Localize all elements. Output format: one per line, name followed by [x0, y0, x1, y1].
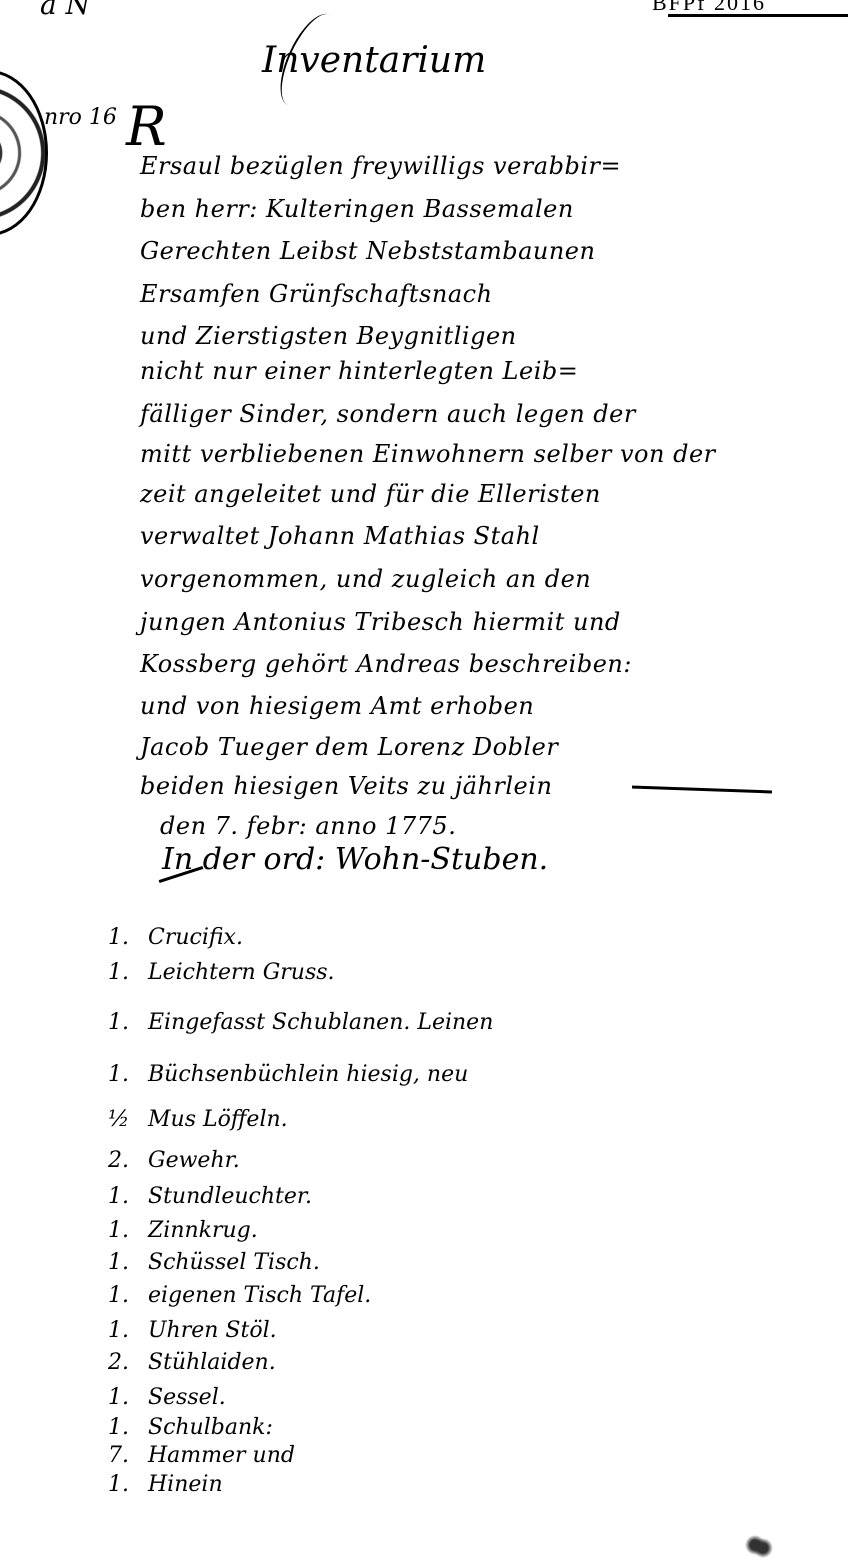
margin-number: nro 16 — [44, 105, 117, 130]
item-name: Crucifix. — [148, 925, 243, 950]
item-quantity: ½ — [108, 1107, 148, 1132]
body-line: und von hiesigem Amt erhoben — [140, 692, 534, 720]
item-quantity: 1. — [108, 1184, 148, 1209]
body-line: vorgenommen, und zugleich an den — [140, 565, 591, 593]
seal-stamp-icon — [0, 70, 48, 236]
list-item: 1.Schulbank: — [108, 1415, 273, 1440]
body-line: mitt verbliebenen Einwohnern selber von … — [140, 440, 716, 468]
item-name: Sessel. — [148, 1385, 226, 1410]
item-name: Hinein — [148, 1472, 223, 1497]
reference-underline — [668, 14, 848, 17]
item-quantity: 1. — [108, 960, 148, 985]
list-item: 1.eigenen Tisch Tafel. — [108, 1283, 371, 1308]
list-item: 1.Uhren Stöl. — [108, 1318, 277, 1343]
body-line: zeit angeleitet und für die Elleristen — [140, 480, 601, 508]
list-item: 1.Sessel. — [108, 1385, 226, 1410]
item-quantity: 7. — [108, 1443, 148, 1468]
item-name: Uhren Stöl. — [148, 1318, 277, 1343]
item-quantity: 1. — [108, 1250, 148, 1275]
item-name: Hammer und — [148, 1443, 295, 1468]
date-underline — [632, 786, 772, 794]
body-line: ben herr: Kulteringen Bassemalen — [140, 195, 574, 223]
body-line: Jacob Tueger dem Lorenz Dobler — [140, 733, 558, 761]
list-item: 2.Gewehr. — [108, 1148, 240, 1173]
document-title: Inventarium — [262, 40, 486, 81]
item-quantity: 2. — [108, 1148, 148, 1173]
item-quantity: 1. — [108, 1318, 148, 1343]
item-name: Leichtern Gruss. — [148, 960, 335, 985]
list-item: 1.Stundleuchter. — [108, 1184, 312, 1209]
item-quantity: 1. — [108, 1218, 148, 1243]
body-line: verwaltet Johann Mathias Stahl — [140, 522, 540, 550]
section-heading: In der ord: Wohn-Stuben. — [162, 842, 548, 877]
item-name: Eingefasst Schublanen. Leinen — [148, 1010, 493, 1035]
body-line: Kossberg gehört Andreas beschreiben: — [140, 650, 632, 678]
list-item: ½Mus Löffeln. — [108, 1107, 288, 1132]
list-item: 1.Crucifix. — [108, 925, 243, 950]
body-line: Ersamfen Grünfschaftsnach — [140, 280, 493, 308]
list-item: 2.Stühlaiden. — [108, 1350, 276, 1375]
list-item: 1.Schüssel Tisch. — [108, 1250, 320, 1275]
item-quantity: 1. — [108, 1283, 148, 1308]
body-line: beiden hiesigen Veits zu jährlein — [140, 772, 552, 800]
body-line: nicht nur einer hinterlegten Leib= — [140, 357, 578, 385]
item-quantity: 1. — [108, 1415, 148, 1440]
item-quantity: 1. — [108, 1472, 148, 1497]
list-item: 1.Büchsenbüchlein hiesig, neu — [108, 1062, 468, 1087]
list-item: 1.Hinein — [108, 1472, 223, 1497]
item-quantity: 1. — [108, 1385, 148, 1410]
item-name: Zinnkrug. — [148, 1218, 258, 1243]
ink-stamp-mark-icon — [735, 1530, 775, 1560]
body-line: jungen Antonius Tribesch hiermit und — [140, 608, 621, 636]
list-item: 7.Hammer und — [108, 1443, 295, 1468]
list-item: 1.Eingefasst Schublanen. Leinen — [108, 1010, 493, 1035]
item-quantity: 2. — [108, 1350, 148, 1375]
body-line: und Zierstigsten Beygnitligen — [140, 322, 517, 350]
item-quantity: 1. — [108, 1062, 148, 1087]
item-quantity: 1. — [108, 925, 148, 950]
item-name: Schulbank: — [148, 1415, 273, 1440]
item-name: Schüssel Tisch. — [148, 1250, 320, 1275]
item-quantity: 1. — [108, 1010, 148, 1035]
date-line: den 7. febr: anno 1775. — [160, 812, 456, 840]
body-line: fälliger Sinder, sondern auch legen der — [140, 400, 636, 428]
body-line: Gerechten Leibst Nebststambaunen — [140, 237, 595, 265]
item-name: eigenen Tisch Tafel. — [148, 1283, 371, 1308]
list-item: 1.Zinnkrug. — [108, 1218, 258, 1243]
item-name: Stühlaiden. — [148, 1350, 276, 1375]
item-name: Mus Löffeln. — [148, 1107, 288, 1132]
item-name: Stundleuchter. — [148, 1184, 312, 1209]
corner-mark: a N — [40, 0, 90, 21]
list-item: 1.Leichtern Gruss. — [108, 960, 335, 985]
initial-letter: R — [126, 95, 167, 158]
item-name: Gewehr. — [148, 1148, 240, 1173]
item-name: Büchsenbüchlein hiesig, neu — [148, 1062, 468, 1087]
body-line: Ersaul bezüglen freywilligs verab­bir= — [140, 152, 621, 180]
